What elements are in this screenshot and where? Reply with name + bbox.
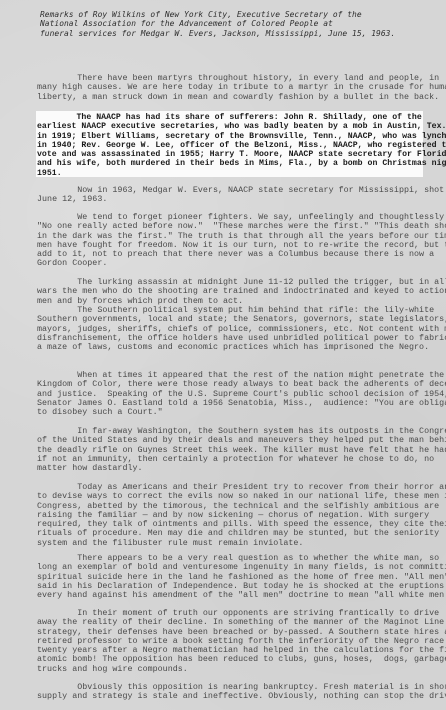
text-line: June 12, 1963. (37, 195, 437, 204)
paragraph-kingdom-of-color: When at times it appeared that the rest … (37, 371, 437, 417)
paragraph-moment-of-truth: In their moment of truth our opponents a… (37, 609, 437, 674)
paragraph-americans-president: Today as Americans and their President t… (37, 483, 437, 548)
text-line: liberty, a man struck down in mean and c… (37, 93, 437, 102)
text-line: Gordon Cooper. (37, 259, 437, 268)
header-line: National Association for the Advancement… (40, 19, 440, 28)
text-line: system and the filibuster rule must rema… (37, 539, 437, 548)
text-line: every hand against his amendment of the … (37, 591, 437, 600)
text-line: The NAACP has had its share of sufferers… (37, 113, 437, 122)
text-line: in 1940; Rev. George W. Lee, officer of … (37, 141, 437, 150)
text-line: to disobey such a Court." (37, 408, 437, 417)
paragraph-washington: In far-away Washington, the Southern sys… (37, 427, 437, 473)
text-line: earliest NAACP executive secretaries, wh… (37, 122, 437, 131)
paragraph-white-man-question: There appears to be a very real question… (37, 554, 437, 600)
paragraph-lurking-assassin: The lurking assassin at midnight June 11… (37, 278, 437, 306)
paragraph-pioneer-fighters: We tend to forget pioneer fighters. We s… (37, 213, 437, 269)
text-line: and his wife, both murdered in their bed… (37, 159, 437, 168)
text-line: matter how dastardly. (37, 464, 437, 473)
paragraph-bankruptcy: Obviously this opposition is nearing ban… (37, 683, 437, 702)
paragraph-southern-system: The Southern political system put him be… (37, 306, 437, 352)
header-line: Remarks of Roy Wilkins of New York City,… (40, 10, 440, 19)
text-line: trucks and hog wire compounds. (37, 665, 437, 674)
paragraph-evers-shot: Now in 1963, Medgar W. Evers, NAACP stat… (37, 186, 437, 205)
document-page: Remarks of Roy Wilkins of New York City,… (0, 0, 446, 710)
paragraph-naacp-sufferers-highlighted: The NAACP has had its share of sufferers… (37, 113, 437, 178)
header-line: funeral services for Medgar W. Evers, Ja… (40, 29, 440, 38)
text-line: supply and strategy is stale and ineffec… (37, 692, 437, 701)
paragraph-martyrs: There have been martyrs throughout histo… (37, 74, 437, 102)
text-line: a maze of laws, customs and economic pra… (37, 343, 437, 352)
text-line: in 1919; Elbert Williams, secretary of t… (37, 132, 437, 141)
text-line: 1951. (37, 169, 437, 178)
document-header: Remarks of Roy Wilkins of New York City,… (40, 10, 440, 38)
